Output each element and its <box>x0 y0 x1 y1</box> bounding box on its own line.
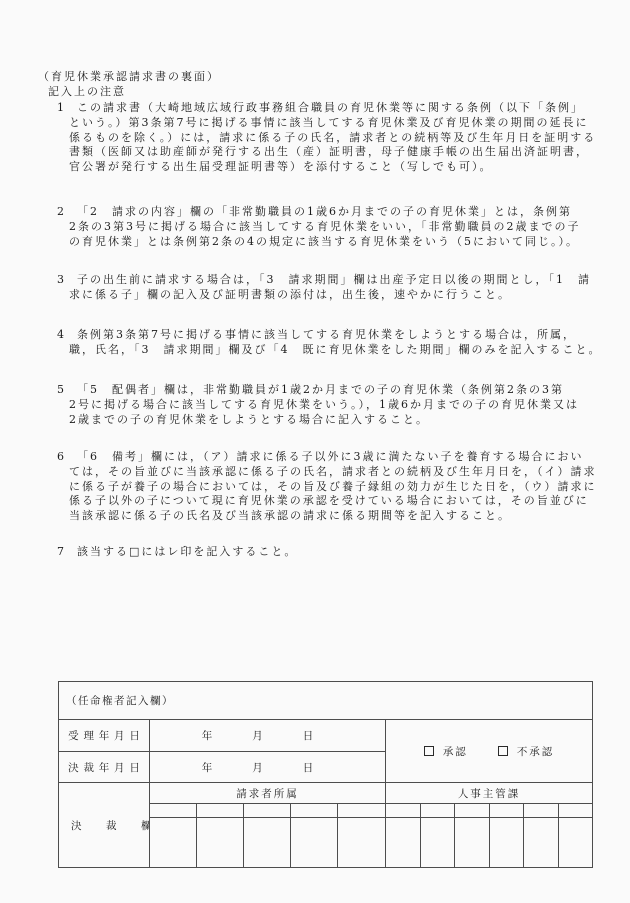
note-4-line: 職，氏名，「3 請求期間」欄及び「4 既に育児休業をした期間」欄のみを記入するこ… <box>69 343 630 358</box>
appointing-authority-table: （任命権者記入欄） 受理年月日 年 月 日 承認 不承認 <box>58 681 593 868</box>
month-unit: 月 <box>252 760 263 775</box>
note-6-line: 「6 備考」欄には，（ア）請求に係る子以外に3歳に満たない子を養育する場合におい <box>69 450 630 465</box>
note-5-number: 5 <box>57 383 66 398</box>
stamp-cell <box>559 818 593 868</box>
note-1-line: という。）第3条第7号に掲げる事情に該当してする育児休業及び育児休業の期間の延長… <box>69 116 630 131</box>
document-page: （育児休業承認請求書の裏面） 記入上の注意 1 この請求書（大崎地域広域行政事務… <box>0 0 630 903</box>
stamp-cell <box>291 818 338 868</box>
stamp-cell <box>338 818 386 868</box>
day-unit: 日 <box>303 760 314 775</box>
page-title: （育児休業承認請求書の裏面） <box>38 69 630 84</box>
note-4-number: 4 <box>57 328 66 343</box>
note-1-line: 係るものを除く。）には，請求に係る子の氏名，請求者との続柄等及び生年月日を証明す… <box>69 131 630 146</box>
note-1-line: 官公署が発行する出生届受理証明書等）を添付すること（写しでも可）。 <box>69 160 630 175</box>
note-7-number: 7 <box>57 545 66 560</box>
note-6: 6 「6 備考」欄には，（ア）請求に係る子以外に3歳に満たない子を養育する場合に… <box>69 450 630 524</box>
note-5-line: 2歳までの子の育児休業をしようとする場合に記入すること。 <box>69 413 630 428</box>
receipt-date-field: 年 月 日 <box>150 720 386 752</box>
note-5-line: 「5 配偶者」欄は，非常勤職員が1歳2か月までの子の育児休業（条例第2条の3第 <box>69 383 630 398</box>
day-unit: 日 <box>303 728 314 743</box>
stamp-title-cell <box>421 804 455 818</box>
note-3-line: 求に係る子」欄の記入及び証明書類の添付は，出生後，速やかに行うこと。 <box>69 288 630 303</box>
note-6-line: ては，その旨並びに当該承認に係る子の氏名，請求者との続柄及び生年月日を，（イ）請… <box>69 465 630 480</box>
note-4: 4 条例第3条第7号に掲げる事情に該当してする育児休業をしようとする場合は，所属… <box>69 328 630 358</box>
stamp-cell <box>455 818 490 868</box>
stamp-cell <box>150 818 197 868</box>
stamp-cell <box>244 818 291 868</box>
year-unit: 年 <box>202 760 213 775</box>
approval-decision-cell: 承認 不承認 <box>386 720 593 783</box>
note-1-line: この請求書（大崎地域広域行政事務組合職員の育児休業等に関する条例（以下「条例」 <box>69 101 630 116</box>
stamp-title-cell <box>338 804 386 818</box>
section-heading: 記入上の注意 <box>48 84 630 99</box>
stamp-title-cell <box>559 804 593 818</box>
note-6-line: に係る子が養子の場合においては，その旨及び養子縁組の効力が生じた日を，（ウ）請求… <box>69 480 630 495</box>
requester-dept-header: 請求者所属 <box>150 783 386 804</box>
note-1-number: 1 <box>57 101 66 116</box>
note-2: 2 「2 請求の内容」欄の「非常勤職員の1歳6か月までの子の育児休業」とは，条例… <box>69 205 630 249</box>
year-unit: 年 <box>202 728 213 743</box>
table-caption: （任命権者記入欄） <box>59 682 593 720</box>
note-2-line: 「2 請求の内容」欄の「非常勤職員の1歳6か月までの子の育児休業」とは，条例第 <box>69 205 630 220</box>
stamp-title-cell <box>490 804 524 818</box>
note-1: 1 この請求書（大崎地域広域行政事務組合職員の育児休業等に関する条例（以下「条例… <box>69 101 630 175</box>
note-6-line: 当該承認に係る子の氏名及び当該承認の請求に係る期間等を記入すること。 <box>69 509 630 524</box>
stamp-cell <box>386 818 421 868</box>
disapproval-label: 不承認 <box>517 744 555 759</box>
stamp-title-cell <box>150 804 197 818</box>
note-2-line: 2条の3第3号に掲げる場合に該当してする育児休業をいい，「非常勤職員の2歳までの… <box>69 220 630 235</box>
stamp-title-cell <box>244 804 291 818</box>
note-5-line: 2号に掲げる場合に該当してする育児休業をいう。），1歳6か月までの子の育児休業又… <box>69 398 630 413</box>
note-3-number: 3 <box>57 273 66 288</box>
note-2-number: 2 <box>57 205 66 220</box>
disapproval-checkbox[interactable] <box>498 746 508 756</box>
note-5: 5 「5 配偶者」欄は，非常勤職員が1歳2か月までの子の育児休業（条例第2条の3… <box>69 383 630 427</box>
stamp-cell <box>421 818 455 868</box>
note-2-line: の育児休業」とは条例第2条の4の規定に該当する育児休業をいう（5において同じ。）… <box>69 235 630 250</box>
stamp-cell <box>490 818 524 868</box>
kessai-label: 決裁欄 <box>59 783 150 868</box>
receipt-date-label: 受理年月日 <box>59 720 150 752</box>
decision-date-label: 決裁年月日 <box>59 752 150 783</box>
stamp-title-cell <box>524 804 559 818</box>
stamp-cell <box>197 818 244 868</box>
stamp-title-cell <box>197 804 244 818</box>
stamp-title-cell <box>455 804 490 818</box>
month-unit: 月 <box>252 728 263 743</box>
note-6-line: 係る子以外の子について現に育児休業の承認を受けている場合においては，その旨並びに <box>69 494 630 509</box>
note-3-line: 子の出生前に請求する場合は，「3 請求期間」欄は出産予定日以後の期間とし，「1 … <box>69 273 630 288</box>
note-1-line: 書類（医師又は助産師が発行する出生（産）証明書，母子健康手帳の出生届出済証明書， <box>69 145 630 160</box>
approval-checkbox[interactable] <box>424 746 434 756</box>
stamp-title-cell <box>291 804 338 818</box>
note-4-line: 条例第3条第7号に掲げる事情に該当してする育児休業をしようとする場合は，所属， <box>69 328 630 343</box>
note-6-number: 6 <box>57 450 66 465</box>
stamp-title-cell <box>386 804 421 818</box>
note-7: 7 該当する□にはレ印を記入すること。 <box>69 545 630 560</box>
approval-label: 承認 <box>443 744 468 759</box>
instructions-block: （育児休業承認請求書の裏面） 記入上の注意 1 この請求書（大崎地域広域行政事務… <box>0 69 630 560</box>
stamp-cell <box>524 818 559 868</box>
personnel-dept-header: 人事主管課 <box>386 783 593 804</box>
decision-date-field: 年 月 日 <box>150 752 386 783</box>
note-3: 3 子の出生前に請求する場合は，「3 請求期間」欄は出産予定日以後の期間とし，「… <box>69 273 630 303</box>
note-7-line: 該当する□にはレ印を記入すること。 <box>69 545 630 560</box>
